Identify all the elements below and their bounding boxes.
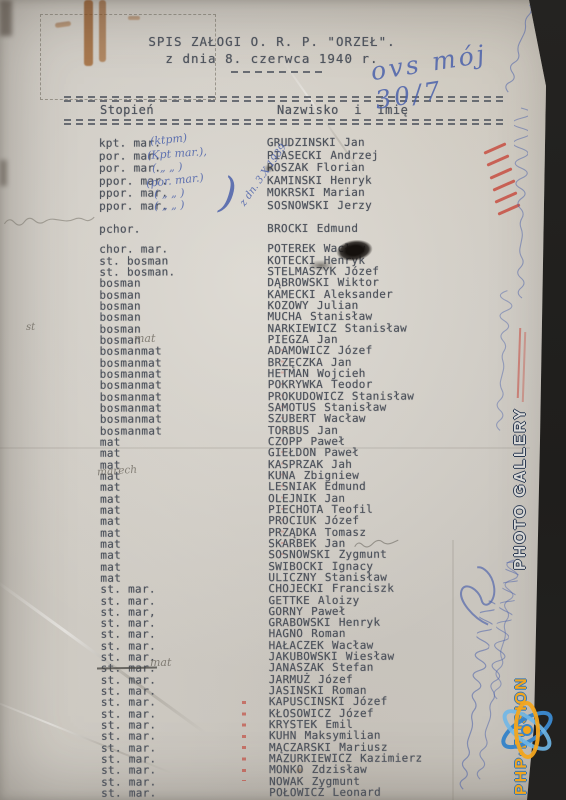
surname-cell: JANASZAK xyxy=(269,662,324,673)
dashed-rule xyxy=(64,119,504,121)
given-name-cell: Teodor xyxy=(331,379,373,390)
given-name-cell: Edmund xyxy=(317,223,359,234)
given-name-cell: Edmund xyxy=(325,481,367,492)
given-name-cell: Henryk xyxy=(330,174,372,185)
title-line-1: SPIS ZAŁOGI O. R. P. "ORZEŁ". xyxy=(122,33,422,50)
paper-sheet: SPIS ZAŁOGI O. R. P. "ORZEŁ". z dnia 8. … xyxy=(0,0,566,800)
rank-cell: st. mar. xyxy=(101,787,269,799)
column-header-rank: Stopień xyxy=(100,103,154,117)
surname-cell: MONKO xyxy=(269,764,304,775)
rank-cell: pchor. xyxy=(99,223,267,235)
given-name-cell: Stanisław xyxy=(345,322,407,333)
rank-cell: mat xyxy=(100,447,268,459)
rank-cell: st. mar. xyxy=(101,731,269,743)
rank-cell: st. bosman xyxy=(99,255,267,267)
rank-cell: mat xyxy=(100,538,268,550)
surname-cell: CHOJECKI xyxy=(268,583,323,594)
given-name-cell: Józef xyxy=(353,696,388,707)
rank-cell: bosman xyxy=(99,323,267,335)
rust-stain xyxy=(84,0,93,66)
given-name-cell: Zdzisław xyxy=(312,764,367,775)
rank-cell: mat xyxy=(100,515,268,527)
given-name-cell: Stanisław xyxy=(310,311,372,322)
given-name-cell: Jan xyxy=(325,492,346,503)
php-fusion-atom-logo xyxy=(495,695,559,765)
surname-cell: TORBUS xyxy=(268,425,310,436)
edge-smudge xyxy=(0,160,7,186)
surname-cell: MUCHA xyxy=(267,311,302,322)
surname-cell: BROCKI xyxy=(267,223,309,234)
given-name-cell: Jan xyxy=(344,137,365,148)
given-name-cell: Andrzej xyxy=(330,149,379,160)
rank-cell: st. mar. xyxy=(101,765,269,777)
handwritten-note: ( „ „ ) xyxy=(154,198,185,213)
surname-cell: POKRYWKA xyxy=(268,379,323,390)
surname-cell: GIEŁDON xyxy=(268,447,317,458)
given-name-cell: Leonard xyxy=(333,787,382,798)
rank-cell: bosman xyxy=(99,311,267,323)
dashed-rule xyxy=(64,123,504,125)
rank-cell: bosman xyxy=(99,277,267,289)
given-name-cell: Wacław xyxy=(324,413,366,424)
rank-cell: st. mar. xyxy=(101,629,269,641)
rank-cell: por. mar. xyxy=(99,162,267,174)
surname-cell: PROCIUK xyxy=(268,515,317,526)
rank-cell: st. mar. xyxy=(100,595,268,607)
given-name-cell: Jan xyxy=(317,424,338,435)
rank-cell: mat xyxy=(100,561,268,573)
handwriting-squiggle xyxy=(2,211,103,230)
surname-cell: LESNIAK xyxy=(268,481,317,492)
ink-smudge xyxy=(303,258,339,273)
given-name-cell: Tomasz xyxy=(325,526,367,537)
surname-cell: SZUBERT xyxy=(268,413,317,424)
pencil-note: mat xyxy=(134,332,155,345)
given-name-cell: Aleksander xyxy=(324,288,393,299)
rank-cell: bosmanmat xyxy=(100,379,268,391)
rank-cell: mat xyxy=(100,436,268,448)
edge-smudge xyxy=(0,0,12,36)
given-name-cell: Franciszk xyxy=(332,583,394,594)
surname-cell: KAMINSKI xyxy=(267,174,322,185)
given-name-cell: Jerzy xyxy=(337,199,372,210)
photographed-document: SPIS ZAŁOGI O. R. P. "ORZEŁ". z dnia 8. … xyxy=(0,0,566,800)
given-name-cell: Józef xyxy=(338,345,373,356)
given-name-cell: Jan xyxy=(331,356,352,367)
given-name-cell: Zygmunt xyxy=(339,549,388,560)
given-name-cell: Roman xyxy=(311,628,346,639)
surname-cell: GETTKE xyxy=(268,595,310,606)
pencil-note: st xyxy=(26,322,35,333)
roster-table: kpt. mar.GRUDZINSKIJanpor. mar.PIASECKIA… xyxy=(99,136,521,799)
given-name-cell: Florian xyxy=(316,162,365,173)
rank-cell: mat xyxy=(100,527,268,539)
rank-cell: bosmanmat xyxy=(100,345,268,357)
given-name-cell: Ignacy xyxy=(332,560,374,571)
surname-cell: KAPUSCINSKI xyxy=(269,696,345,707)
roster-section-cadet: pchor.BROCKIEdmund xyxy=(99,222,519,235)
given-name-cell: Aloizy xyxy=(318,594,360,605)
rank-cell: bosman xyxy=(99,289,267,301)
given-name-cell: Maksymilian xyxy=(305,730,381,741)
surname-cell: HAGNO xyxy=(269,629,304,640)
rust-stain xyxy=(128,16,140,20)
table-row: pchor.BROCKIEdmund xyxy=(99,222,519,235)
rank-cell: mat xyxy=(100,493,268,505)
surname-cell: ADAMOWICZ xyxy=(268,345,330,356)
rank-cell: bosmanmat xyxy=(100,391,268,403)
rank-cell: bosmanmat xyxy=(100,425,268,437)
rank-cell: chor. mar. xyxy=(99,243,267,255)
given-name-cell: Kazimierz xyxy=(360,753,422,764)
rank-cell: mat xyxy=(100,549,268,561)
roster-section-crew: chor. mar.POTEREKWacławst. bosmanKOTECKI… xyxy=(99,243,521,800)
surname-cell: DĄBROWSKI xyxy=(267,277,329,288)
given-name-cell: Marian xyxy=(323,187,365,198)
surname-cell: POTEREK xyxy=(267,243,316,254)
rank-cell: bosmanmat xyxy=(100,357,268,369)
given-name-cell: Wiktor xyxy=(338,277,380,288)
rust-stain xyxy=(99,0,106,62)
surname-cell: POŁOWICZ xyxy=(269,787,324,798)
surname-cell: SOSNOWSKI xyxy=(267,199,329,210)
rank-cell: mat xyxy=(100,504,268,516)
rank-cell: st. mar. xyxy=(101,697,269,709)
red-margin-line xyxy=(522,332,526,402)
table-row: st. mar.POŁOWICZLeonard xyxy=(101,786,521,799)
given-name-cell: Stefan xyxy=(332,662,374,673)
rank-cell: bosmanmat xyxy=(100,413,268,425)
given-name-cell: Jah xyxy=(331,458,352,469)
surname-cell: KUHN xyxy=(269,730,297,741)
given-name-cell: Józef xyxy=(325,515,360,526)
surname-cell: SOSNOWSKI xyxy=(268,549,330,560)
given-name-cell: Paweł xyxy=(324,447,359,458)
watermark-photo-gallery: PHOTO GALLERY xyxy=(512,407,530,570)
surname-cell: SWIBOCKI xyxy=(268,560,323,571)
surname-cell: MOKRSKI xyxy=(267,187,316,198)
rank-cell: st. mar. xyxy=(100,583,268,595)
rank-cell: mat xyxy=(100,481,268,493)
dashed-underline xyxy=(231,71,327,73)
